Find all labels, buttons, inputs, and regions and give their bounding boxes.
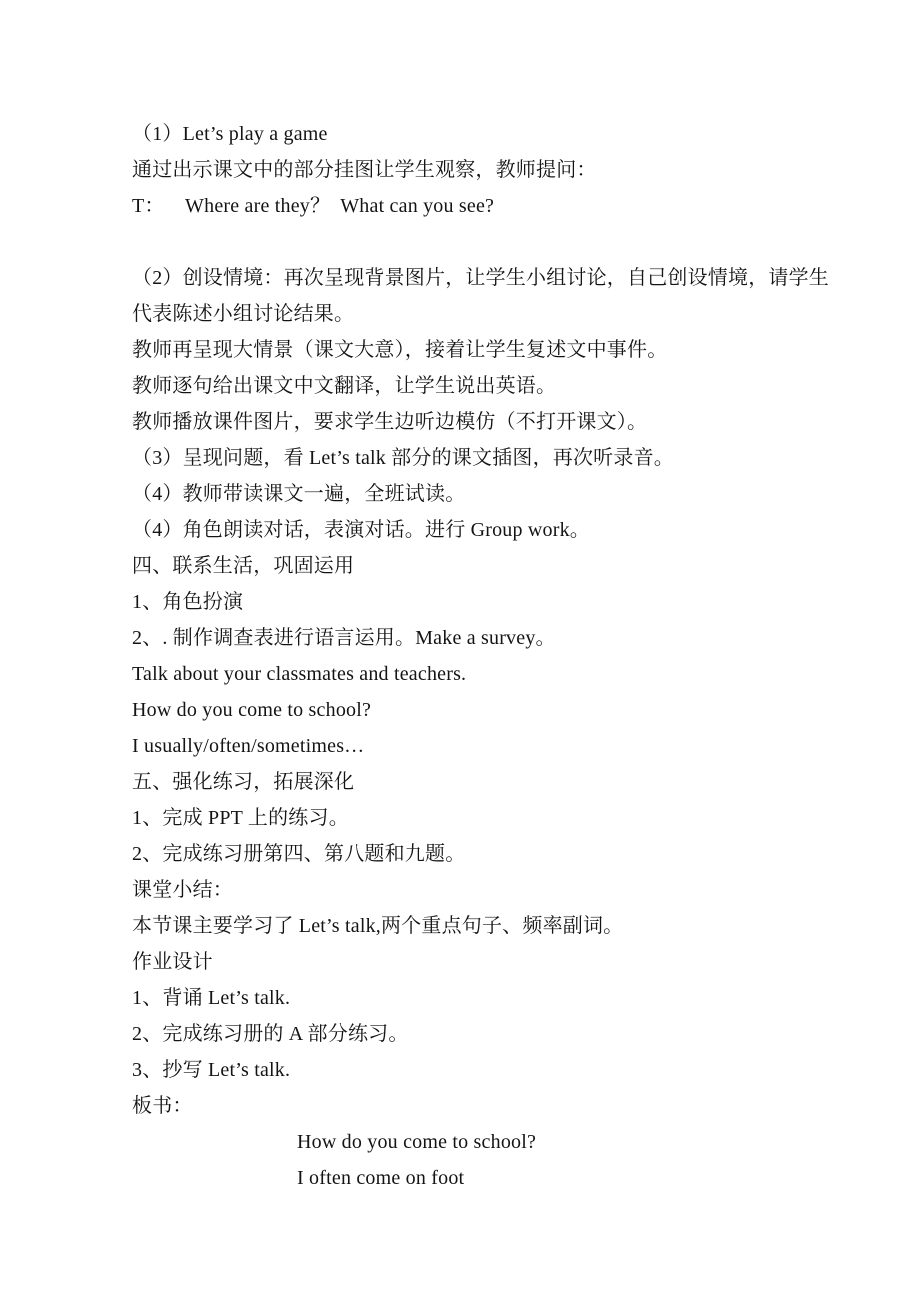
document-line: （4）角色朗读对话，表演对话。进行 Group work。 <box>132 512 832 548</box>
document-line: 3、抄写 Let’s talk. <box>132 1052 832 1088</box>
document-line: 2、完成练习册的 A 部分练习。 <box>132 1016 832 1052</box>
document-line: （2）创设情境：再次呈现背景图片，让学生小组讨论，自己创设情境，请学生 <box>132 260 832 296</box>
document-line: 1、完成 PPT 上的练习。 <box>132 800 832 836</box>
document-line: 2、. 制作调查表进行语言运用。Make a survey。 <box>132 620 832 656</box>
document-line: 五、强化练习，拓展深化 <box>132 764 832 800</box>
document-line: 教师再呈现大情景（课文大意），接着让学生复述文中事件。 <box>132 332 832 368</box>
document-line: I often come on foot <box>132 1160 832 1196</box>
document-line: 代表陈述小组讨论结果。 <box>132 296 832 332</box>
document-line: （3）呈现问题，看 Let’s talk 部分的课文插图，再次听录音。 <box>132 440 832 476</box>
document-line <box>132 224 832 260</box>
document-page: （1）Let’s play a game通过出示课文中的部分挂图让学生观察，教师… <box>0 0 920 1302</box>
document-line: 作业设计 <box>132 944 832 980</box>
document-line: 2、完成练习册第四、第八题和九题。 <box>132 836 832 872</box>
document-line: 板书： <box>132 1088 832 1124</box>
document-line: I usually/often/sometimes… <box>132 728 832 764</box>
document-line: 课堂小结： <box>132 872 832 908</box>
document-line: 教师逐句给出课文中文翻译，让学生说出英语。 <box>132 368 832 404</box>
document-line: 本节课主要学习了 Let’s talk,两个重点句子、频率副词。 <box>132 908 832 944</box>
document-line: 四、联系生活，巩固运用 <box>132 548 832 584</box>
document-line: How do you come to school? <box>132 1124 832 1160</box>
document-line: 通过出示课文中的部分挂图让学生观察，教师提问： <box>132 152 832 188</box>
document-line: 1、角色扮演 <box>132 584 832 620</box>
document-line: （4）教师带读课文一遍，全班试读。 <box>132 476 832 512</box>
document-content: （1）Let’s play a game通过出示课文中的部分挂图让学生观察，教师… <box>132 116 832 1196</box>
document-line: 1、背诵 Let’s talk. <box>132 980 832 1016</box>
document-line: T： Where are they？ What can you see? <box>132 188 832 224</box>
document-line: 教师播放课件图片，要求学生边听边模仿（不打开课文）。 <box>132 404 832 440</box>
document-line: Talk about your classmates and teachers. <box>132 656 832 692</box>
document-line: How do you come to school? <box>132 692 832 728</box>
document-line: （1）Let’s play a game <box>132 116 832 152</box>
